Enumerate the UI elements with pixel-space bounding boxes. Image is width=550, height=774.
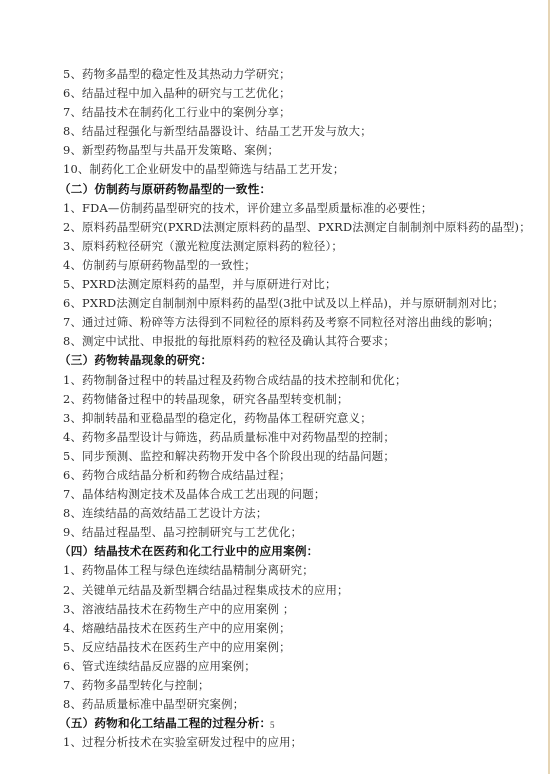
list-item: 1、药物制备过程中的转晶过程及药物合成结晶的技术控制和优化； xyxy=(63,371,543,390)
list-item: 5、PXRD法测定原料药的晶型，并与原研进行对比； xyxy=(63,275,543,294)
list-item: 1、过程分析技术在实验室研发过程中的应用； xyxy=(63,733,543,752)
page-content: 5、药物多晶型的稳定性及其热动力学研究； 6、结晶过程中加入晶种的研究与工艺优化… xyxy=(63,65,543,752)
list-item: 4、熔融结晶技术在医药生产中的应用案例； xyxy=(63,619,543,638)
list-item: 6、管式连续结晶反应器的应用案例； xyxy=(63,657,543,676)
section-heading: （四）结晶技术在医药和化工行业中的应用案例： xyxy=(59,542,543,561)
list-item: 2、药物储备过程中的转晶现象，研究各晶型转变机制； xyxy=(63,390,543,409)
list-item: 3、抑制转晶和亚稳晶型的稳定化，药物晶体工程研究意义； xyxy=(63,409,543,428)
list-item: 1、FDA—仿制药晶型研究的技术，评价建立多晶型质量标准的必要性； xyxy=(63,199,543,218)
list-item: 5、药物多晶型的稳定性及其热动力学研究； xyxy=(63,65,543,84)
page-number: 5 xyxy=(270,720,275,730)
list-item: 8、结晶过程强化与新型结晶器设计、结晶工艺开发与放大； xyxy=(63,122,543,141)
section-heading: （二）仿制药与原研药物晶型的一致性： xyxy=(59,180,543,199)
document-page: 5、药物多晶型的稳定性及其热动力学研究； 6、结晶过程中加入晶种的研究与工艺优化… xyxy=(0,0,550,774)
list-item: 6、PXRD法测定自制制剂中原料药的晶型(3批中试及以上样品)，并与原研制剂对比… xyxy=(63,294,543,313)
list-item: 8、药品质量标准中晶型研究案例； xyxy=(63,695,543,714)
list-item: 1、药物晶体工程与绿色连续结晶精制分离研究； xyxy=(63,561,543,580)
section-heading: （五）药物和化工结晶工程的过程分析： xyxy=(59,714,543,733)
list-item: 8、测定中试批、申报批的每批原料药的粒径及确认其符合要求； xyxy=(63,332,543,351)
list-item: 10、制药化工企业研发中的晶型筛选与结晶工艺开发； xyxy=(63,160,543,179)
list-item: 7、药物多晶型转化与控制； xyxy=(63,676,543,695)
list-item: 4、仿制药与原研药物晶型的一致性； xyxy=(63,256,543,275)
list-item: 3、原料药粒径研究（激光粒度法测定原料药的粒径）； xyxy=(63,237,543,256)
list-item: 4、药物多晶型设计与筛选，药品质量标准中对药物晶型的控制； xyxy=(63,428,543,447)
list-item: 6、药物合成结晶分析和药物合成结晶过程； xyxy=(63,466,543,485)
list-item: 9、结晶过程晶型、晶习控制研究与工艺优化； xyxy=(63,523,543,542)
list-item: 9、新型药物晶型与共晶开发策略、案例； xyxy=(63,141,543,160)
list-item: 7、晶体结构测定技术及晶体合成工艺出现的问题； xyxy=(63,485,543,504)
list-item: 3、溶液结晶技术在药物生产中的应用案例 ； xyxy=(63,600,543,619)
list-item: 7、结晶技术在制药化工行业中的案例分享； xyxy=(63,103,543,122)
list-item: 2、关键单元结晶及新型耦合结晶过程集成技术的应用； xyxy=(63,581,543,600)
list-item: 2、原料药晶型研究(PXRD法测定原料药的晶型、PXRD法测定自制制剂中原料药的… xyxy=(63,218,543,237)
list-item: 5、同步预测、监控和解决药物开发中各个阶段出现的结晶问题； xyxy=(63,447,543,466)
section-heading: （三）药物转晶现象的研究： xyxy=(59,351,543,370)
list-item: 7、通过过筛、粉碎等方法得到不同粒径的原料药及考察不同粒径对溶出曲线的影响； xyxy=(63,313,543,332)
list-item: 5、反应结晶技术在医药生产中的应用案例； xyxy=(63,638,543,657)
list-item: 8、连续结晶的高效结晶工艺设计方法； xyxy=(63,504,543,523)
list-item: 6、结晶过程中加入晶种的研究与工艺优化； xyxy=(63,84,543,103)
